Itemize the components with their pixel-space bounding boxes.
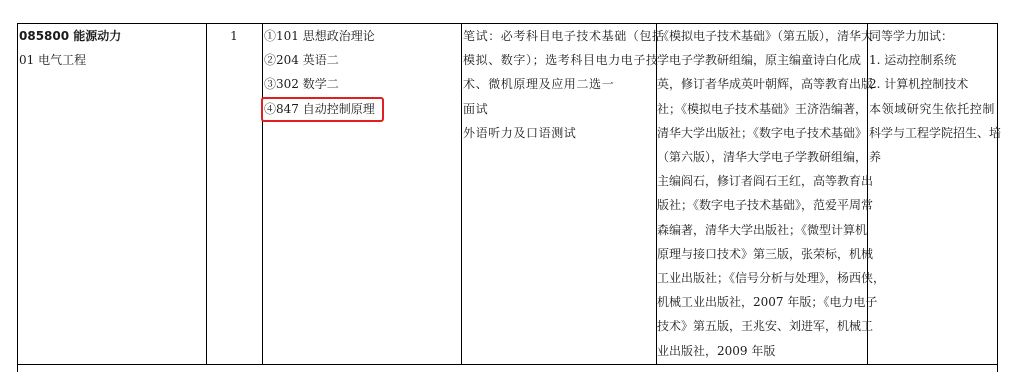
reference-line: 《模拟电子技术基础》（第五版），清华大: [657, 24, 867, 48]
note-line: 1. 运动控制系统: [869, 48, 998, 72]
notes-cell: 同等学力加试： 1. 运动控制系统 2. 计算机控制技术 本领域研究生依托控制 …: [869, 23, 998, 364]
retest-line: 面试: [463, 97, 656, 121]
major-code-name: 085800 能源动力: [19, 24, 206, 48]
major-cell: 085800 能源动力 01 电气工程: [19, 23, 206, 364]
exam-subjects-cell: ①101 思想政治理论 ②204 英语二 ③302 数学二 ④847 自动控制原…: [264, 23, 461, 364]
enrollment-cell: 1: [206, 23, 262, 364]
reference-line: 社；《模拟电子技术基础》王济浩编著，: [657, 97, 867, 121]
reference-line: （第六版），清华大学电子学教研组编，: [657, 145, 867, 169]
reference-line: 英，修订者华成英叶朝辉，高等教育出版: [657, 72, 867, 96]
retest-line: 外语听力及口语测试: [463, 121, 656, 145]
retest-cell: 笔试：必考科目电子技术基础（包括 模拟、数字）；选考科目电力电子技 术、微机原理…: [463, 23, 656, 364]
column-divider: [867, 23, 868, 364]
exam-subject-item: ①101 思想政治理论: [264, 24, 461, 48]
reference-line: 学电子学教研组编，原主编童诗白化成: [657, 48, 867, 72]
exam-subject-item: ②204 英语二: [264, 48, 461, 72]
research-direction: 01 电气工程: [19, 48, 206, 72]
column-divider: [262, 23, 263, 364]
reference-line: 原理与接口技术》第三版，张荣标，机械: [657, 242, 867, 266]
enrollment-count: 1: [206, 24, 262, 48]
reference-line: 版社；《数字电子技术基础》，范爱平周常: [657, 193, 867, 217]
reference-line: 清华大学出版社；《数字电子技术基础》: [657, 121, 867, 145]
note-line: 2. 计算机控制技术: [869, 72, 998, 96]
note-line: 本领域研究生依托控制: [869, 97, 998, 121]
retest-line: 笔试：必考科目电子技术基础（包括: [463, 24, 656, 48]
references-cell: 《模拟电子技术基础》（第五版），清华大 学电子学教研组编，原主编童诗白化成 英，…: [657, 23, 867, 364]
reference-line: 业出版社，2009 年版: [657, 339, 867, 363]
reference-line: 主编阎石，修订者阎石王红，高等教育出: [657, 169, 867, 193]
note-line: 养: [869, 145, 998, 169]
exam-subject-item: ③302 数学二: [264, 72, 461, 96]
reference-line: 机械工业出版社，2007 年版；《电力电子: [657, 290, 867, 314]
highlight-annotation-box: [261, 97, 384, 122]
reference-line: 技术》第五版，王兆安、刘进军，机械工: [657, 314, 867, 338]
note-line: 科学与工程学院招生、培: [869, 121, 998, 145]
note-line: 同等学力加试：: [869, 24, 998, 48]
retest-line: 术、微机原理及应用二选一: [463, 72, 656, 96]
retest-line: 模拟、数字）；选考科目电力电子技: [463, 48, 656, 72]
column-divider: [461, 23, 462, 364]
reference-line: 工业出版社；《信号分析与处理》，杨西侠，: [657, 266, 867, 290]
row-divider: [17, 364, 998, 365]
reference-line: 森编著，清华大学出版社；《微型计算机: [657, 218, 867, 242]
